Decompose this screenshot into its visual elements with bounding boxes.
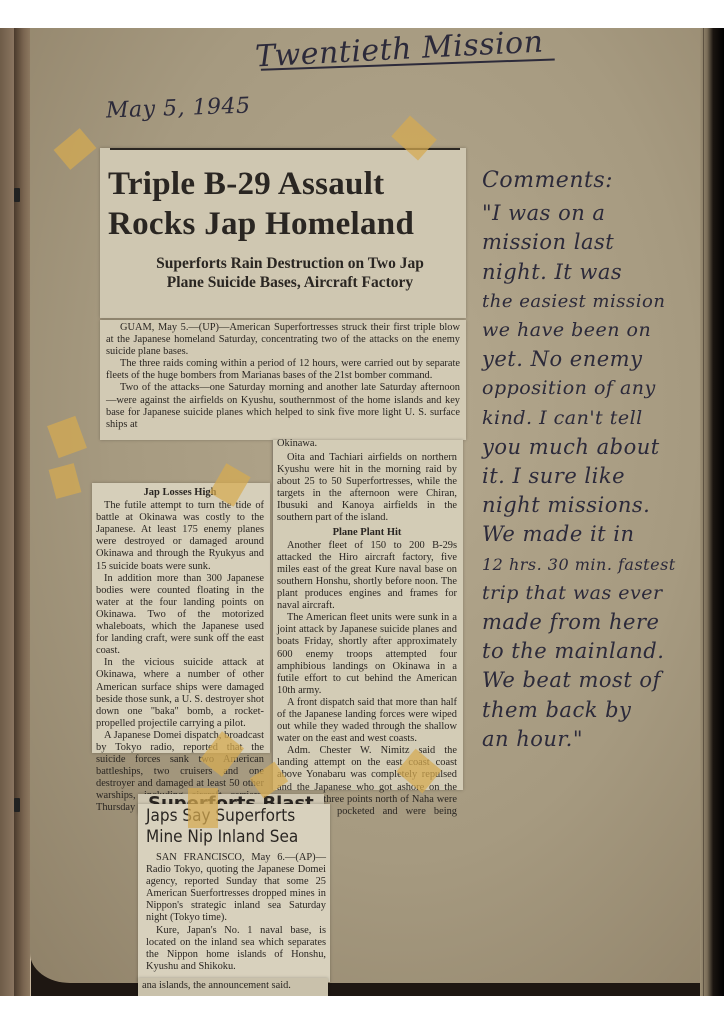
small-clipping-tail-strip: ana islands, the announcement said. xyxy=(138,978,328,996)
main-subheadline: Superforts Rain Destruction on Two Jap P… xyxy=(140,254,440,292)
main-clipping-left-column: Jap Losses High The futile attempt to tu… xyxy=(92,483,270,753)
main-clipping-lead: GUAM, May 5.—(UP)—American Superfortress… xyxy=(100,320,466,440)
tail-strip-text: ana islands, the announcement said. xyxy=(142,980,291,991)
comment-line: you much about xyxy=(482,433,724,462)
comment-line: to the mainland. xyxy=(482,637,724,666)
right-column-heading: Plane Plant Hit xyxy=(277,527,457,539)
left-column-paragraph: In addition more than 300 Japanese bodie… xyxy=(96,573,264,658)
small-headline-line1: Japs Say Superforts xyxy=(146,806,322,827)
small-clipping: Japs Say Superforts Mine Nip Inland Sea … xyxy=(138,804,330,982)
main-headline-line1: Triple B-29 Assault xyxy=(108,164,414,204)
comment-line: mission last xyxy=(482,228,724,257)
scrapbook-photo: Twentieth Mission May 5, 1945 Triple B-2… xyxy=(0,28,724,996)
lead-paragraph: The three raids coming within a period o… xyxy=(106,358,460,382)
left-column-text: Jap Losses High The futile attempt to tu… xyxy=(96,485,264,815)
lead-paragraph: GUAM, May 5.—(UP)—American Superfortress… xyxy=(106,322,460,358)
main-headline: Triple B-29 Assault Rocks Jap Homeland xyxy=(108,164,414,244)
comment-line: made from here xyxy=(482,608,724,637)
small-clipping-paragraph: SAN FRANCISCO, May 6.—(AP)—Radio Tokyo, … xyxy=(146,852,326,925)
comment-line: night. It was xyxy=(482,258,724,287)
tape-piece xyxy=(188,788,218,828)
small-clipping-paragraph: Kure, Japan's No. 1 naval base, is locat… xyxy=(146,925,326,973)
subhead-line2: Plane Suicide Bases, Aircraft Factory xyxy=(140,273,440,292)
comment-line: them back by xyxy=(482,696,724,725)
tape-piece xyxy=(54,128,97,170)
previous-page-edge xyxy=(0,28,14,996)
scrapbook-page: Twentieth Mission May 5, 1945 Triple B-2… xyxy=(30,28,708,983)
comment-line: we have been on xyxy=(482,316,724,345)
tape-piece xyxy=(47,416,87,458)
main-clipping-headline-block: Triple B-29 Assault Rocks Jap Homeland S… xyxy=(100,148,466,318)
comment-line: the easiest mission xyxy=(482,287,724,316)
album-spine xyxy=(14,28,31,996)
comment-line: trip that was ever xyxy=(482,579,724,608)
lead-paragraph: Two of the attacks—one Saturday morning … xyxy=(106,382,460,430)
comment-line: kind. I can't tell xyxy=(482,404,724,433)
binding-clip xyxy=(14,188,20,202)
main-headline-line2: Rocks Jap Homeland xyxy=(108,204,414,244)
left-column-paragraph: The futile attempt to turn the tide of b… xyxy=(96,500,264,573)
right-column-paragraph: A front dispatch said that more than hal… xyxy=(277,697,457,745)
main-clipping-right-column: Okinawa. Oita and Tachiari airfields on … xyxy=(272,440,463,790)
left-column-paragraph: In the vicious suicide attack at Okinawa… xyxy=(96,657,264,730)
subhead-line1: Superforts Rain Destruction on Two Jap xyxy=(140,254,440,273)
comment-line: it. I sure like xyxy=(482,462,724,491)
small-clipping-headline: Japs Say Superforts Mine Nip Inland Sea xyxy=(146,806,322,848)
lead-tail: Okinawa. xyxy=(277,438,467,450)
comment-line: night missions. xyxy=(482,491,724,520)
comment-line: We made it in xyxy=(482,520,724,549)
tape-piece xyxy=(49,463,82,499)
small-headline-line2: Mine Nip Inland Sea xyxy=(146,827,322,848)
comment-line: an hour." xyxy=(482,725,724,754)
comment-line: "I was on a xyxy=(482,199,724,228)
right-column-paragraph: Another fleet of 150 to 200 B-29s attack… xyxy=(277,540,457,613)
handwritten-date: May 5, 1945 xyxy=(106,93,251,123)
comment-line: 12 hrs. 30 min. fastest xyxy=(482,550,724,579)
right-column-paragraph: The American fleet units were sunk in a … xyxy=(277,612,457,697)
comment-line: yet. No enemy xyxy=(482,345,724,374)
comments-label: Comments: xyxy=(482,166,724,195)
comment-line: We beat most of xyxy=(482,666,724,695)
binding-clip xyxy=(14,798,20,812)
small-clipping-text: SAN FRANCISCO, May 6.—(AP)—Radio Tokyo, … xyxy=(146,852,326,973)
handwritten-comments: Comments: "I was on a mission last night… xyxy=(482,166,724,754)
page-edge-line xyxy=(703,28,704,996)
handwritten-title: Twentieth Mission xyxy=(254,28,544,75)
comment-line: opposition of any xyxy=(482,374,724,403)
right-column-paragraph: Oita and Tachiari airfields on northern … xyxy=(277,452,457,525)
lead-text: GUAM, May 5.—(UP)—American Superfortress… xyxy=(106,322,460,431)
